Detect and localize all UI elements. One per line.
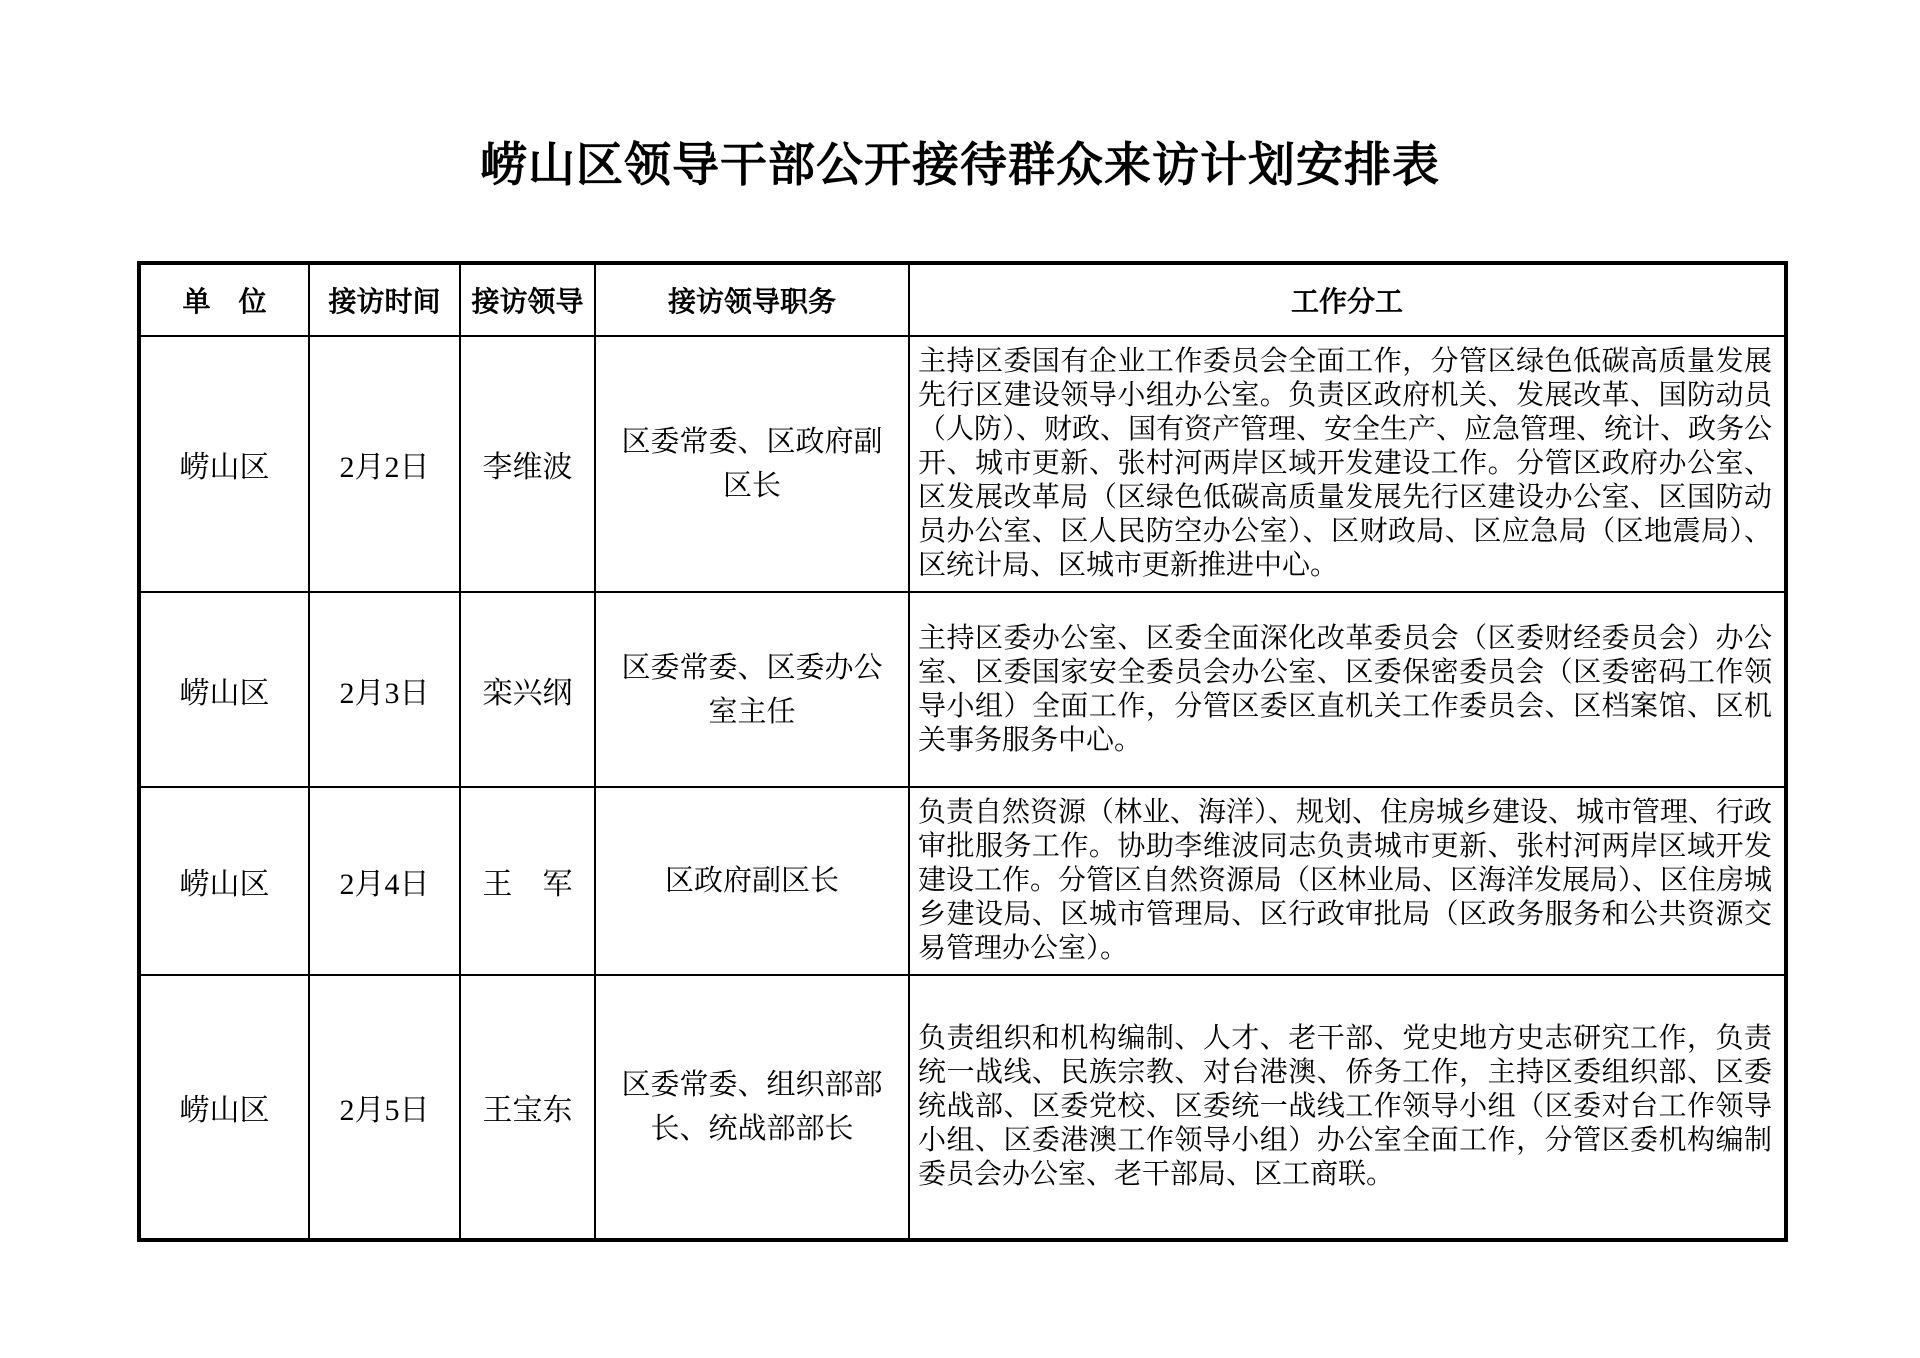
cell-position: 区政府副区长 [595, 787, 909, 975]
col-header-position: 接访领导职务 [595, 263, 909, 336]
col-header-duties: 工作分工 [909, 263, 1786, 336]
cell-duties: 负责自然资源（林业、海洋）、规划、住房城乡建设、城市管理、行政审批服务工作。协助… [909, 787, 1786, 975]
schedule-table: 单 位 接访时间 接访领导 接访领导职务 工作分工 崂山区 2月2日 李维波 区… [137, 261, 1788, 1242]
cell-duties: 主持区委国有企业工作委员会全面工作，分管区绿色低碳高质量发展先行区建设领导小组办… [909, 336, 1786, 592]
cell-position: 区委常委、组织部部长、统战部部长 [595, 975, 909, 1240]
cell-duties: 负责组织和机构编制、人才、老干部、党史地方史志研究工作，负责统一战线、民族宗教、… [909, 975, 1786, 1240]
cell-position: 区委常委、区政府副区长 [595, 336, 909, 592]
cell-unit: 崂山区 [139, 975, 309, 1240]
table-row: 崂山区 2月4日 王 军 区政府副区长 负责自然资源（林业、海洋）、规划、住房城… [139, 787, 1786, 975]
cell-time: 2月5日 [309, 975, 460, 1240]
table-header-row: 单 位 接访时间 接访领导 接访领导职务 工作分工 [139, 263, 1786, 336]
page-title: 崂山区领导干部公开接待群众来访计划安排表 [0, 128, 1920, 195]
table-row: 崂山区 2月2日 李维波 区委常委、区政府副区长 主持区委国有企业工作委员会全面… [139, 336, 1786, 592]
col-header-leader: 接访领导 [460, 263, 595, 336]
col-header-time: 接访时间 [309, 263, 460, 336]
cell-unit: 崂山区 [139, 592, 309, 787]
cell-leader: 王 军 [460, 787, 595, 975]
cell-duties: 主持区委办公室、区委全面深化改革委员会（区委财经委员会）办公室、区委国家安全委员… [909, 592, 1786, 787]
cell-unit: 崂山区 [139, 336, 309, 592]
table-row: 崂山区 2月3日 栾兴纲 区委常委、区委办公室主任 主持区委办公室、区委全面深化… [139, 592, 1786, 787]
document-page: 崂山区领导干部公开接待群众来访计划安排表 单 位 接访时间 接访领导 接访领导职… [0, 0, 1920, 1358]
cell-time: 2月3日 [309, 592, 460, 787]
table-row: 崂山区 2月5日 王宝东 区委常委、组织部部长、统战部部长 负责组织和机构编制、… [139, 975, 1786, 1240]
cell-leader: 栾兴纲 [460, 592, 595, 787]
cell-unit: 崂山区 [139, 787, 309, 975]
cell-time: 2月2日 [309, 336, 460, 592]
cell-leader: 李维波 [460, 336, 595, 592]
cell-time: 2月4日 [309, 787, 460, 975]
cell-position: 区委常委、区委办公室主任 [595, 592, 909, 787]
col-header-unit: 单 位 [139, 263, 309, 336]
cell-leader: 王宝东 [460, 975, 595, 1240]
